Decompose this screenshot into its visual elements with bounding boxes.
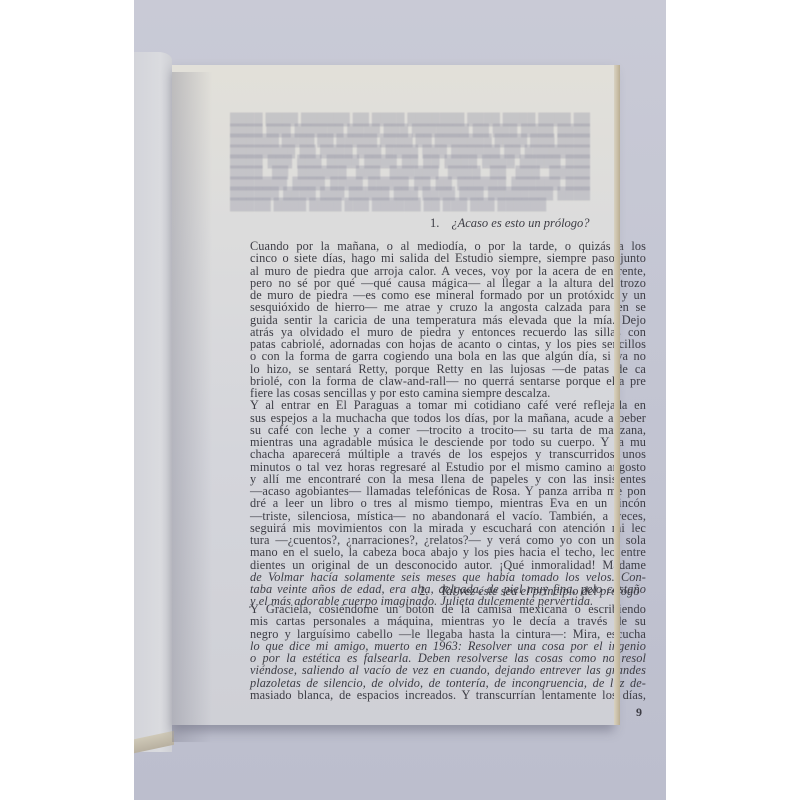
section-number: 1. (430, 216, 439, 230)
right-page: ████ ████ ██████ ██ ████ ███████ ████ ██… (172, 65, 614, 725)
text-line: dientes un original de un desconocido au… (236, 559, 646, 571)
text-line-italic: plazoletas de silencio, de olvido, de to… (236, 677, 646, 689)
text-line: minutos o tal vez horas regresaré al Est… (236, 461, 646, 473)
section-number: 2. (419, 584, 428, 598)
bleed-through-text: ████ ████ ██████ ██ ████ ███████ ████ ██… (230, 115, 590, 215)
book-photo: ████ ████ ██████ ██ ████ ███████ ████ ██… (134, 0, 666, 800)
text-line: Y al entrar en El Paraguas a tomar mi co… (236, 399, 646, 411)
text-line: sus espejos a la muchacha que todos los … (236, 412, 646, 424)
text-line: mano en el suelo, la cabeza boca abajo y… (236, 546, 646, 558)
text-line: cinco o siete días, hago mi salida del E… (236, 252, 646, 264)
gutter-shadow (172, 72, 212, 742)
section-2-body: Y Graciela, cosiéndome un botón de la ca… (236, 603, 646, 701)
text-line: negro y larguísimo cabello —le llegaba h… (236, 628, 646, 640)
page-edge (614, 65, 620, 725)
left-page-edge (134, 52, 172, 752)
page-number: 9 (636, 705, 642, 720)
text-line: guida sentir la caricia de una temperatu… (236, 314, 646, 326)
text-line: masiado blanca, de espacios increados. Y… (236, 689, 646, 701)
paragraph: Y Graciela, cosiéndome un botón de la ca… (236, 603, 646, 701)
text-line: —triste, silenciosa, mística— no abandon… (236, 510, 646, 522)
section-1-body: Cuando por la mañana, o al mediodía, o p… (236, 240, 646, 608)
text-line: o con la forma de garra cogiendo una bol… (236, 350, 646, 362)
section-title: Tal vez éste sea el principio del prólog… (440, 584, 639, 598)
text-line: chacha aparecerá múltiple a través de lo… (236, 448, 646, 460)
text-line: al muro de piedra que arroja calor. A ve… (236, 265, 646, 277)
section-1-heading: 1.¿Acaso es esto un prólogo? (430, 216, 590, 231)
section-title: ¿Acaso es esto un prólogo? (451, 216, 589, 230)
text-line: sesquióxido de hierro— me atrae y cruzo … (236, 301, 646, 313)
section-2-heading: 2.Tal vez éste sea el principio del pról… (419, 584, 640, 599)
paragraph: Cuando por la mañana, o al mediodía, o p… (236, 240, 646, 399)
text-line: lo hizo, se sentará Retty, porque Retty … (236, 363, 646, 375)
paragraph: Y al entrar en El Paraguas a tomar mi co… (236, 399, 646, 607)
text-line: dré a leer un libro o tres al mismo tiem… (236, 497, 646, 509)
text-line-italic: viéndose, saliendo al vacío de vez en cu… (236, 664, 646, 676)
text-line: mis cartas personales a máquina, mientra… (236, 615, 646, 627)
